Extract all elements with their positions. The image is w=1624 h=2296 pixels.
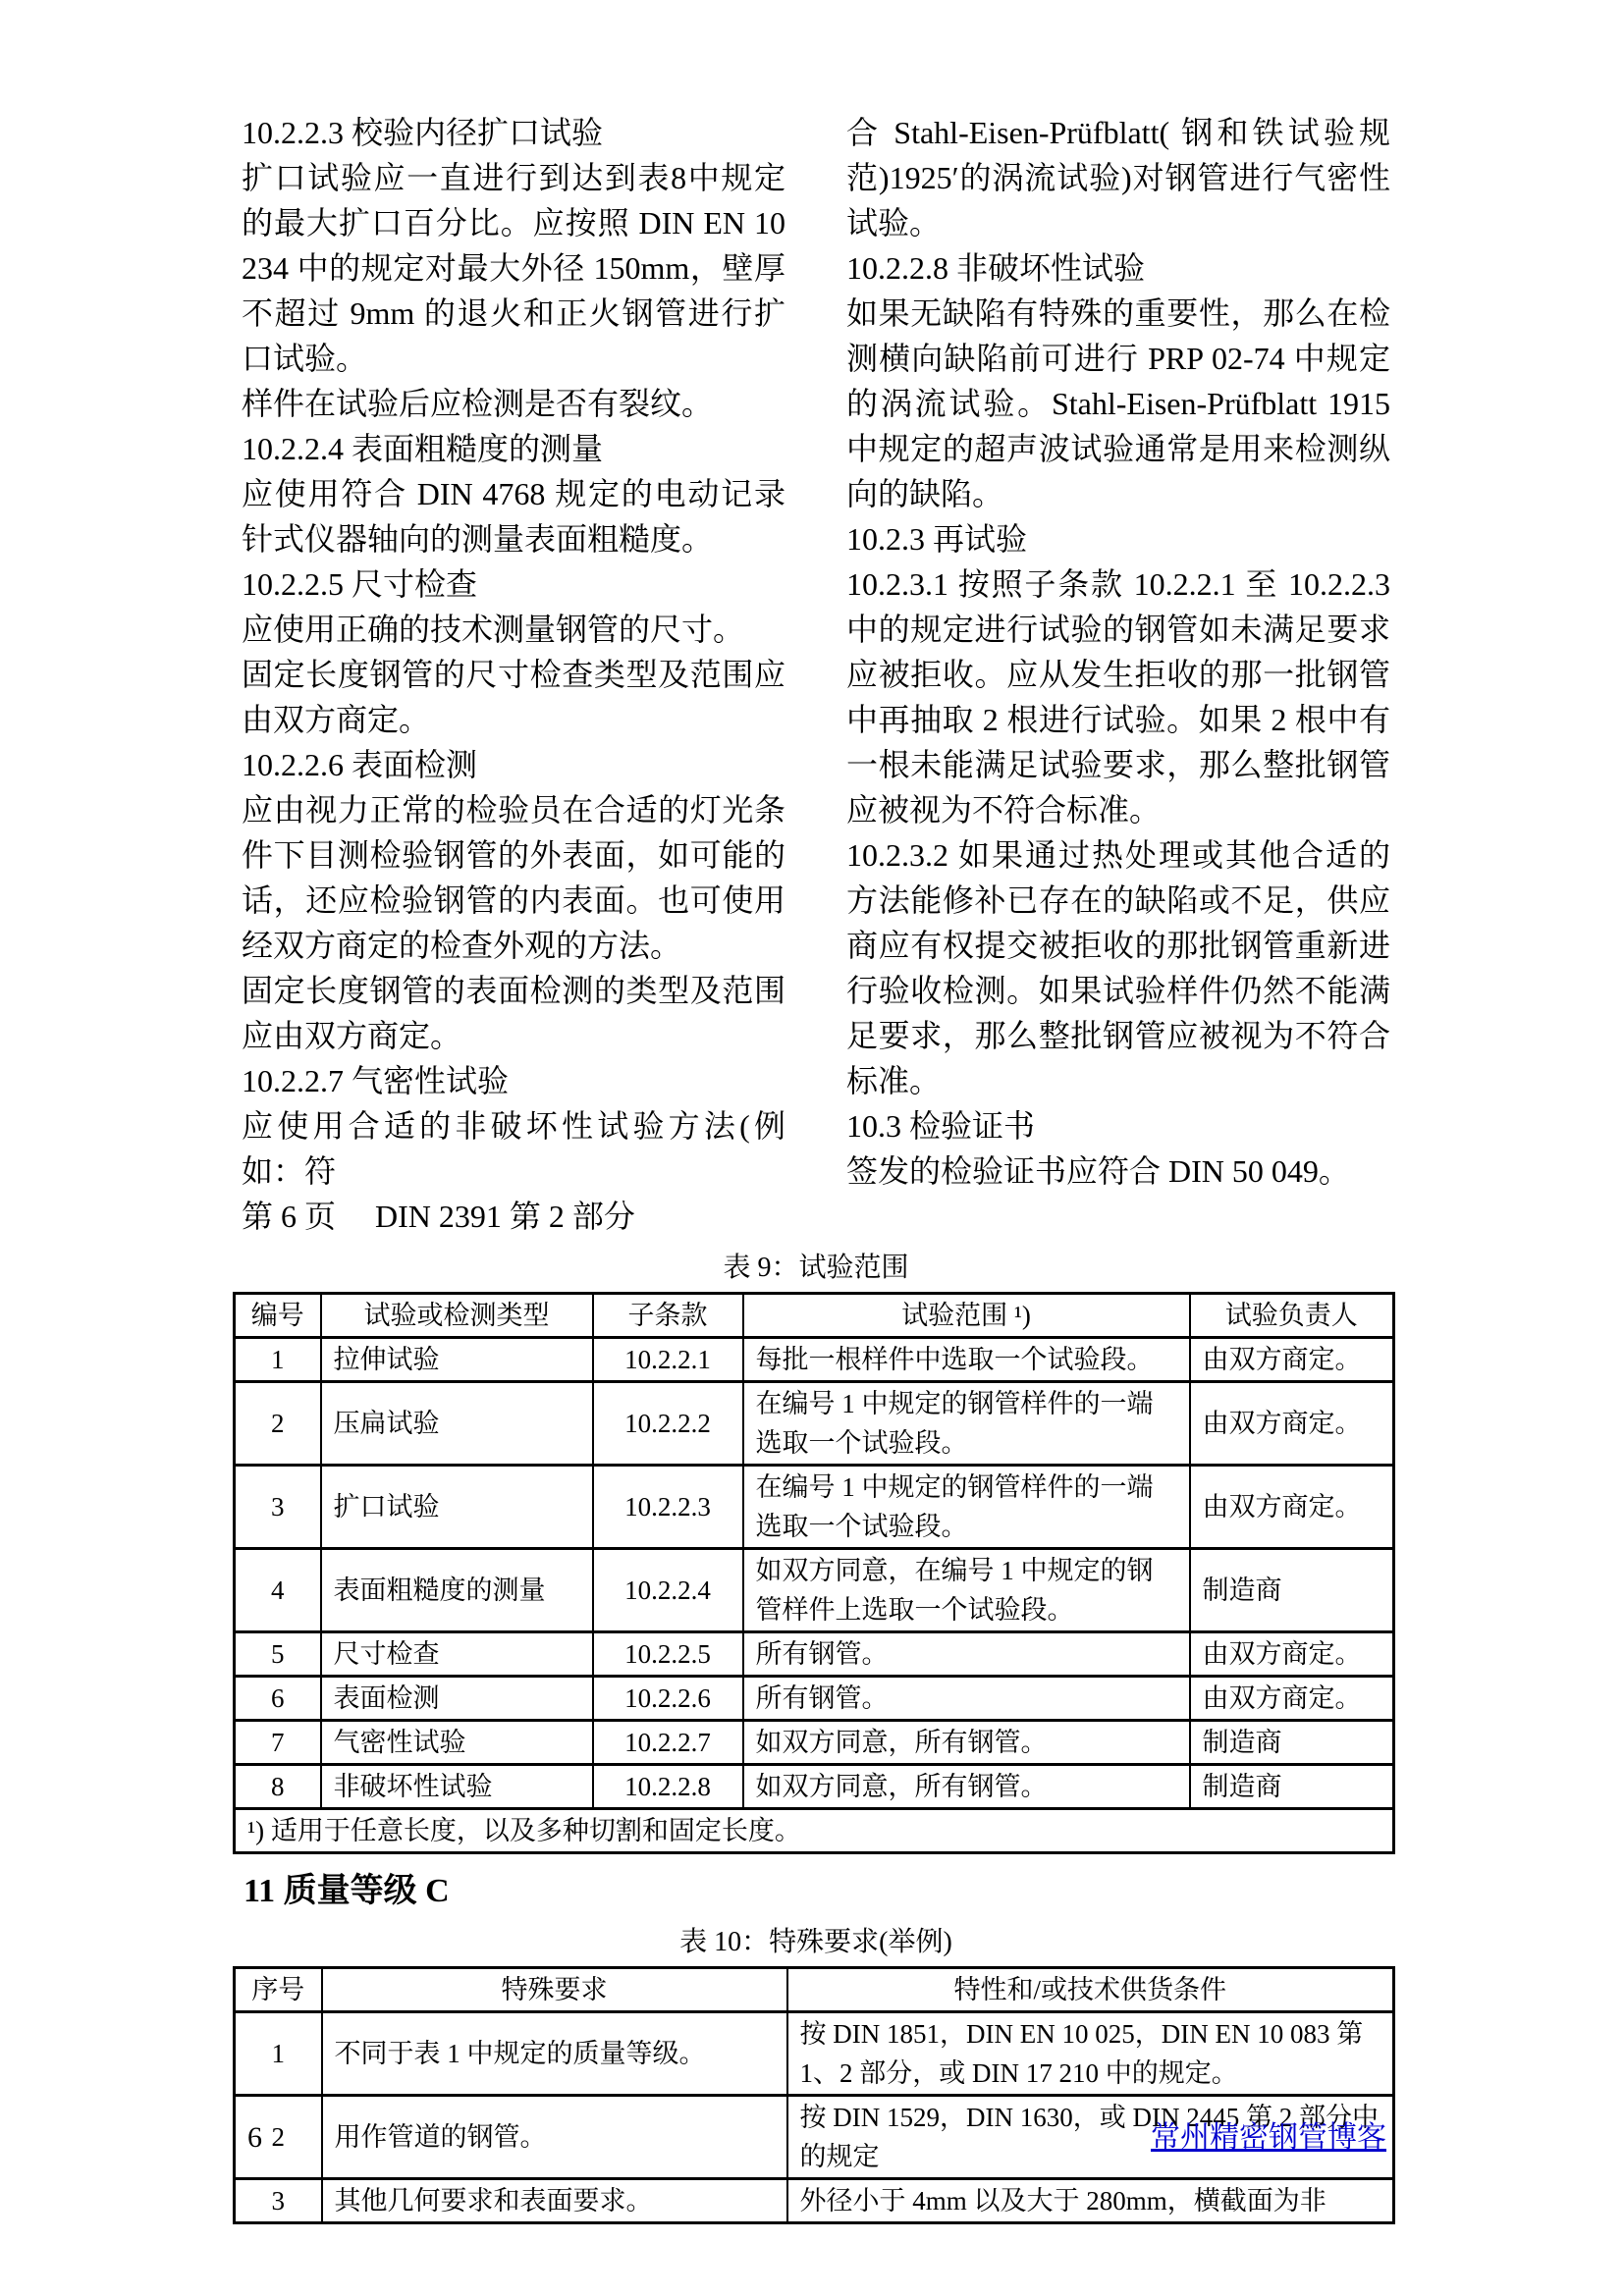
cell: 用作管道的钢管。 [322,2096,787,2179]
paragraph: 如果无缺陷有特殊的重要性，那么在检测横向缺陷前可进行 PRP 02-74 中规定… [846,291,1390,516]
table9-test-scope: 编号 试验或检测类型 子条款 试验范围 ¹) 试验负责人 1 拉伸试验 10.2… [233,1292,1395,1854]
paragraph: 扩口试验应一直进行到达到表8中规定的最大扩口百分比。应按照 DIN EN 10 … [242,155,785,381]
clause-heading: 10.2.2.6 表面检测 [242,742,785,787]
paragraph: 签发的检验证书应符合 DIN 50 049。 [846,1148,1390,1194]
cell: 1 [235,1338,321,1382]
cell: 制造商 [1190,1765,1394,1809]
table-row: 7 气密性试验 10.2.2.7 如双方同意，所有钢管。 制造商 [235,1721,1394,1765]
paragraph: 样件在试验后应检测是否有裂纹。 [242,381,785,426]
cell: 压扁试验 [321,1382,593,1466]
cell: 按 DIN 1851，DIN EN 10 025，DIN EN 10 083 第… [787,2012,1394,2096]
cell: 10.2.2.2 [593,1382,743,1466]
clause-heading: 10.2.2.7 气密性试验 [242,1058,785,1103]
left-column: 10.2.2.3 校验内径扩口试验 扩口试验应一直进行到达到表8中规定的最大扩口… [242,110,785,1239]
cell: 10.2.2.4 [593,1549,743,1632]
paragraph: 应由视力正常的检验员在合适的灯光条件下目测检验钢管的外表面，如可能的话，还应检验… [242,787,785,968]
table-row: 8 非破坏性试验 10.2.2.8 如双方同意，所有钢管。 制造商 [235,1765,1394,1809]
cell: 扩口试验 [321,1466,593,1549]
paragraph: 10.2.3.2 如果通过热处理或其他合适的方法能修补已存在的缺陷或不足，供应商… [846,832,1390,1103]
cell: 10.2.2.1 [593,1338,743,1382]
page-number: 6 [247,2120,262,2156]
clause-heading: 10.2.2.4 表面粗糙度的测量 [242,426,785,471]
cell: 制造商 [1190,1549,1394,1632]
paragraph: 应使用正确的技术测量钢管的尺寸。 [242,607,785,652]
paragraph: 10.2.3.1 按照子条款 10.2.2.1 至 10.2.2.3 中的规定进… [846,561,1390,832]
paragraph: 固定长度钢管的表面检测的类型及范围应由双方商定。 [242,968,785,1058]
cell: 表面检测 [321,1677,593,1721]
cell: 拉伸试验 [321,1338,593,1382]
cell: 如双方同意，所有钢管。 [743,1721,1190,1765]
paragraph: 应使用符合 DIN 4768 规定的电动记录针式仪器轴向的测量表面粗糙度。 [242,471,785,561]
column-header: 编号 [235,1294,321,1338]
column-header: 试验或检测类型 [321,1294,593,1338]
table-row: 3 扩口试验 10.2.2.3 在编号 1 中规定的钢管样件的一端选取一个试验段… [235,1466,1394,1549]
paragraph: 应使用合适的非破坏性试验方法(例如：符 [242,1103,785,1194]
cell: 5 [235,1632,321,1677]
table-footnote: ¹) 适用于任意长度，以及多种切割和固定长度。 [235,1809,1394,1853]
table-header-row: 序号 特殊要求 特性和/或技术供货条件 [235,1968,1394,2012]
cell: 外径小于 4mm 以及大于 280mm，横截面为非 [787,2179,1394,2223]
clause-heading: 10.3 检验证书 [846,1103,1390,1148]
cell: 由双方商定。 [1190,1338,1394,1382]
cell: 10.2.2.6 [593,1677,743,1721]
table-row: 6 表面检测 10.2.2.6 所有钢管。 由双方商定。 [235,1677,1394,1721]
column-header: 特性和/或技术供货条件 [787,1968,1394,2012]
table-header-row: 编号 试验或检测类型 子条款 试验范围 ¹) 试验负责人 [235,1294,1394,1338]
table-row: 5 尺寸检查 10.2.2.5 所有钢管。 由双方商定。 [235,1632,1394,1677]
column-header: 试验负责人 [1190,1294,1394,1338]
paragraph: 固定长度钢管的尺寸检查类型及范围应由双方商定。 [242,652,785,742]
cell: 6 [235,1677,321,1721]
footer-blog-link[interactable]: 常州精密钢管博客 [1151,2120,1386,2156]
table-row: 3 其他几何要求和表面要求。 外径小于 4mm 以及大于 280mm，横截面为非 [235,2179,1394,2223]
table10-caption: 表 10：特殊要求(举例) [242,1925,1390,1960]
cell: 每批一根样件中选取一个试验段。 [743,1338,1190,1382]
table-row: 4 表面粗糙度的测量 10.2.2.4 如双方同意，在编号 1 中规定的钢管样件… [235,1549,1394,1632]
cell: 非破坏性试验 [321,1765,593,1809]
cell: 在编号 1 中规定的钢管样件的一端选取一个试验段。 [743,1466,1190,1549]
cell: 如双方同意，所有钢管。 [743,1765,1190,1809]
column-header: 子条款 [593,1294,743,1338]
cell: 尺寸检查 [321,1632,593,1677]
clause-heading: 10.2.2.5 尺寸检查 [242,561,785,607]
cell: 7 [235,1721,321,1765]
cell: 3 [235,1466,321,1549]
cell: 由双方商定。 [1190,1466,1394,1549]
cell: 在编号 1 中规定的钢管样件的一端选取一个试验段。 [743,1382,1190,1466]
clause-heading: 10.2.3 再试验 [846,516,1390,561]
cell: 3 [235,2179,322,2223]
table9-caption: 表 9：试验范围 [242,1251,1390,1286]
clause-heading: 10.2.2.8 非破坏性试验 [846,245,1390,291]
table-row: 1 拉伸试验 10.2.2.1 每批一根样件中选取一个试验段。 由双方商定。 [235,1338,1394,1382]
column-header: 序号 [235,1968,322,2012]
cell: 10.2.2.5 [593,1632,743,1677]
cell: 表面粗糙度的测量 [321,1549,593,1632]
cell: 4 [235,1549,321,1632]
cell: 所有钢管。 [743,1632,1190,1677]
cell: 如双方同意，在编号 1 中规定的钢管样件上选取一个试验段。 [743,1549,1190,1632]
document-page: 10.2.2.3 校验内径扩口试验 扩口试验应一直进行到达到表8中规定的最大扩口… [0,0,1624,2296]
clause-heading: 10.2.2.3 校验内径扩口试验 [242,110,785,155]
cell: 由双方商定。 [1190,1382,1394,1466]
cell: 2 [235,1382,321,1466]
cell: 10.2.2.3 [593,1466,743,1549]
cell: 10.2.2.7 [593,1721,743,1765]
cell: 由双方商定。 [1190,1677,1394,1721]
table-footnote-row: ¹) 适用于任意长度，以及多种切割和固定长度。 [235,1809,1394,1853]
cell: 不同于表 1 中规定的质量等级。 [322,2012,787,2096]
two-column-text: 10.2.2.3 校验内径扩口试验 扩口试验应一直进行到达到表8中规定的最大扩口… [242,110,1390,1239]
page-reference-line: 第 6 页 DIN 2391 第 2 部分 [242,1194,785,1239]
cell: 所有钢管。 [743,1677,1190,1721]
cell: 由双方商定。 [1190,1632,1394,1677]
table-row: 2 压扁试验 10.2.2.2 在编号 1 中规定的钢管样件的一端选取一个试验段… [235,1382,1394,1466]
cell: 1 [235,2012,322,2096]
cell: 10.2.2.8 [593,1765,743,1809]
cell: 制造商 [1190,1721,1394,1765]
cell: 气密性试验 [321,1721,593,1765]
column-header: 特殊要求 [322,1968,787,2012]
paragraph: 合 Stahl-Eisen-Prüfblatt( 钢和铁试验规范)1925′的涡… [846,110,1390,245]
cell: 8 [235,1765,321,1809]
section-heading-11: 11 质量等级 C [244,1870,1390,1913]
column-header: 试验范围 ¹) [743,1294,1190,1338]
right-column: 合 Stahl-Eisen-Prüfblatt( 钢和铁试验规范)1925′的涡… [846,110,1390,1239]
table-row: 1 不同于表 1 中规定的质量等级。 按 DIN 1851，DIN EN 10 … [235,2012,1394,2096]
cell: 其他几何要求和表面要求。 [322,2179,787,2223]
page-content: 10.2.2.3 校验内径扩口试验 扩口试验应一直进行到达到表8中规定的最大扩口… [242,110,1390,2224]
table10-special-requirements: 序号 特殊要求 特性和/或技术供货条件 1 不同于表 1 中规定的质量等级。 按… [233,1966,1395,2224]
